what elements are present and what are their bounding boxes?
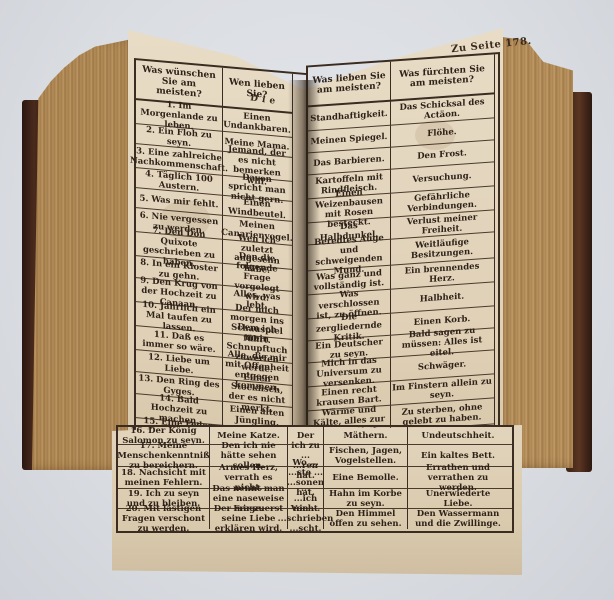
table-cell: Von ... ...schrieben ...scht. [288, 509, 324, 529]
table-cell: Fischen, Jagen, Vogelstellen. [324, 445, 408, 466]
table-cell: Undeutschheit. [408, 427, 508, 444]
column-love-most: Was lieben Sie am meisten? Standhaftigke… [308, 62, 391, 488]
table-cell: Der mir zuerst seine Liebe erklären wird… [210, 509, 288, 529]
photograph-scene: Zu Seite 178. D i e Was wünschen Sie am … [0, 0, 614, 600]
table-cell: 17. Meine Menschenkenntniß zu bereichern… [118, 445, 210, 466]
table-row: 20. Mit lästigen Fragen verschont zu wer… [118, 509, 512, 529]
table-cell: Den Wassermann und die Zwillinge. [408, 509, 508, 529]
column-header: Wen lieben Sie? [222, 68, 292, 114]
page-edges-left [32, 38, 137, 470]
table-cell: Unerwiederte Liebe. [408, 489, 508, 508]
table-cell: 20. Mit lästigen Fragen verschont zu wer… [118, 509, 210, 529]
fold-out-table: 16. Der König Salomon zu seyn. Meine Kat… [116, 425, 514, 533]
column-wishes: Was wünschen Sie am meisten? 1. Im Morge… [136, 60, 223, 488]
column-header: Was lieben Sie am meisten? [308, 62, 390, 108]
table-cell: 18. Nachsicht mit meinen Fehlern. [118, 467, 210, 488]
table-cell: Errathen und verrathen zu werden. [408, 467, 508, 488]
book-gutter-shadow [288, 80, 320, 480]
column-fear-most: Was fürchten Sie am meisten? Das Schicks… [390, 54, 495, 481]
table-cell: Hahn im Korbe zu seyn. [324, 489, 408, 508]
table-cell: Mäthern. [324, 427, 408, 444]
table-right-page: Was lieben Sie am meisten? Standhaftigke… [306, 52, 500, 490]
table-cell: Eine Bemolle. [324, 467, 408, 488]
page-edges-right [495, 36, 573, 468]
table-cell: Den Himmel offen zu sehen. [324, 509, 408, 529]
